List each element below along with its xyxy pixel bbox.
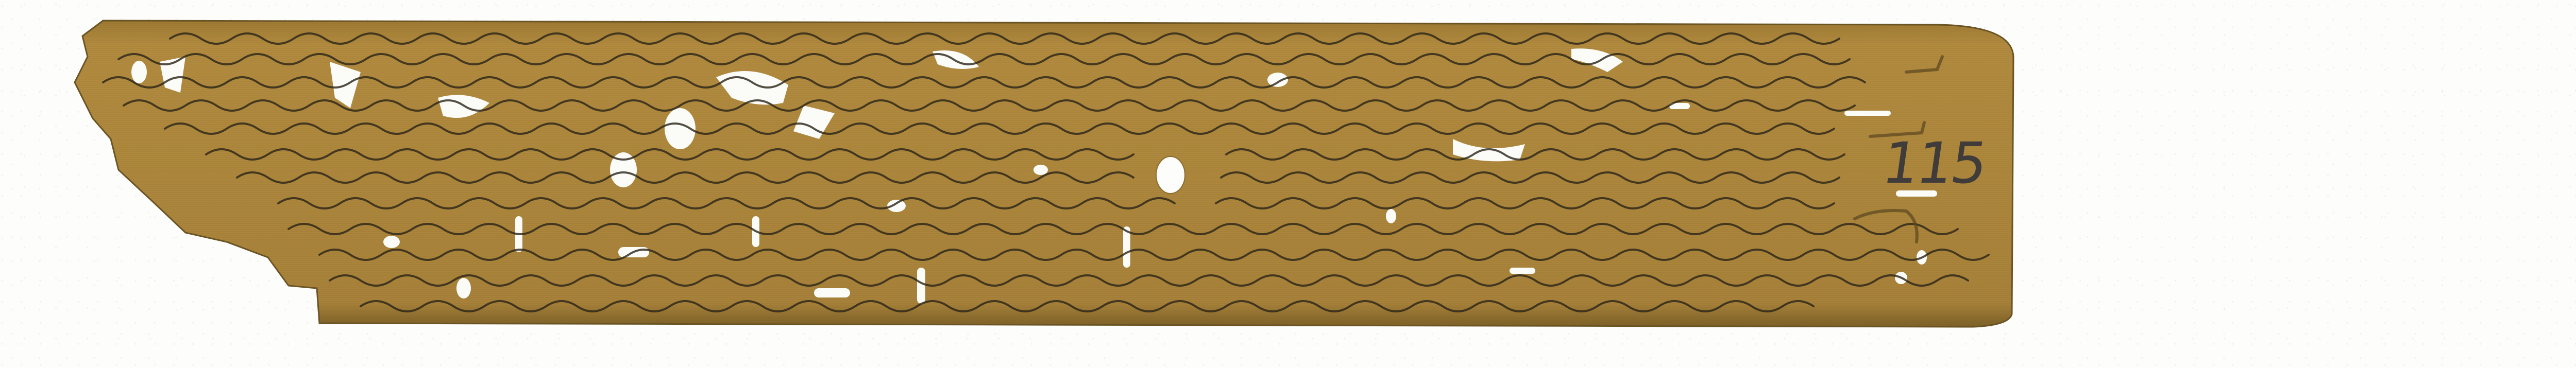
binding-hole [1156,156,1185,194]
palm-leaf [0,0,2576,368]
leaf-folio-number: 115 [1879,135,1989,191]
